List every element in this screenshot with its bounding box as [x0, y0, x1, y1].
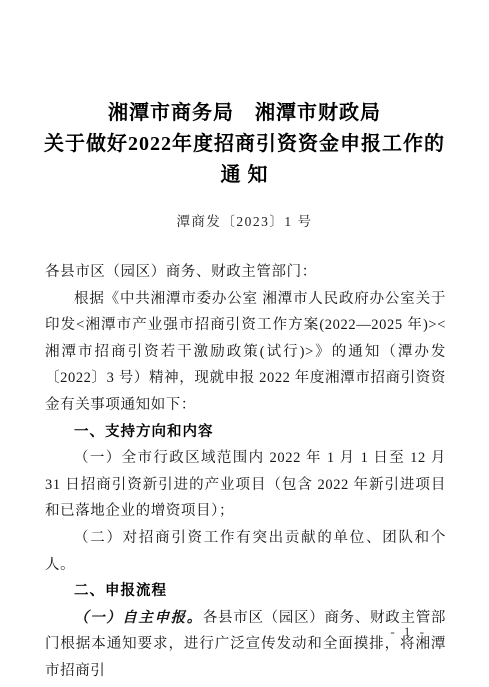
title-line-issuers: 湘潭市商务局 湘潭市财政局 — [0, 98, 489, 129]
document-number: 潭商发〔2023〕1 号 — [0, 210, 489, 230]
title-line-subject: 关于做好2022年度招商引资资金申报工作的 — [0, 129, 489, 160]
section-1-heading: 一、支持方向和内容 — [45, 419, 446, 446]
document-title: 湘潭市商务局 湘潭市财政局 关于做好2022年度招商引资资金申报工作的 通 知 — [0, 98, 489, 191]
section-2-heading: 二、申报流程 — [45, 578, 446, 605]
section-1-item-2: （二）对招商引资工作有突出贡献的单位、团队和个人。 — [45, 525, 446, 578]
step-1-paragraph: （一）自主申报。各县市区（园区）商务、财政主管部门根据本通知要求，进行广泛宣传发… — [45, 605, 446, 685]
page-number: - 1 - — [390, 624, 427, 640]
section-1-item-1: （一）全市行政区域范围内 2022 年 1 月 1 日至 12 月 31 日招商… — [45, 445, 446, 525]
intro-paragraph: 根据《中共湘潭市委办公室 湘潭市人民政府办公室关于印发<湘潭市产业强市招商引资工… — [45, 286, 446, 419]
title-line-notice: 通 知 — [0, 160, 489, 191]
document-body: 各县市区（园区）商务、财政主管部门： 根据《中共湘潭市委办公室 湘潭市人民政府办… — [45, 259, 446, 685]
document-page: 湘潭市商务局 湘潭市财政局 关于做好2022年度招商引资资金申报工作的 通 知 … — [0, 0, 489, 687]
salutation: 各县市区（园区）商务、财政主管部门： — [45, 259, 446, 286]
step-1-lead: （一）自主申报。 — [74, 610, 203, 626]
